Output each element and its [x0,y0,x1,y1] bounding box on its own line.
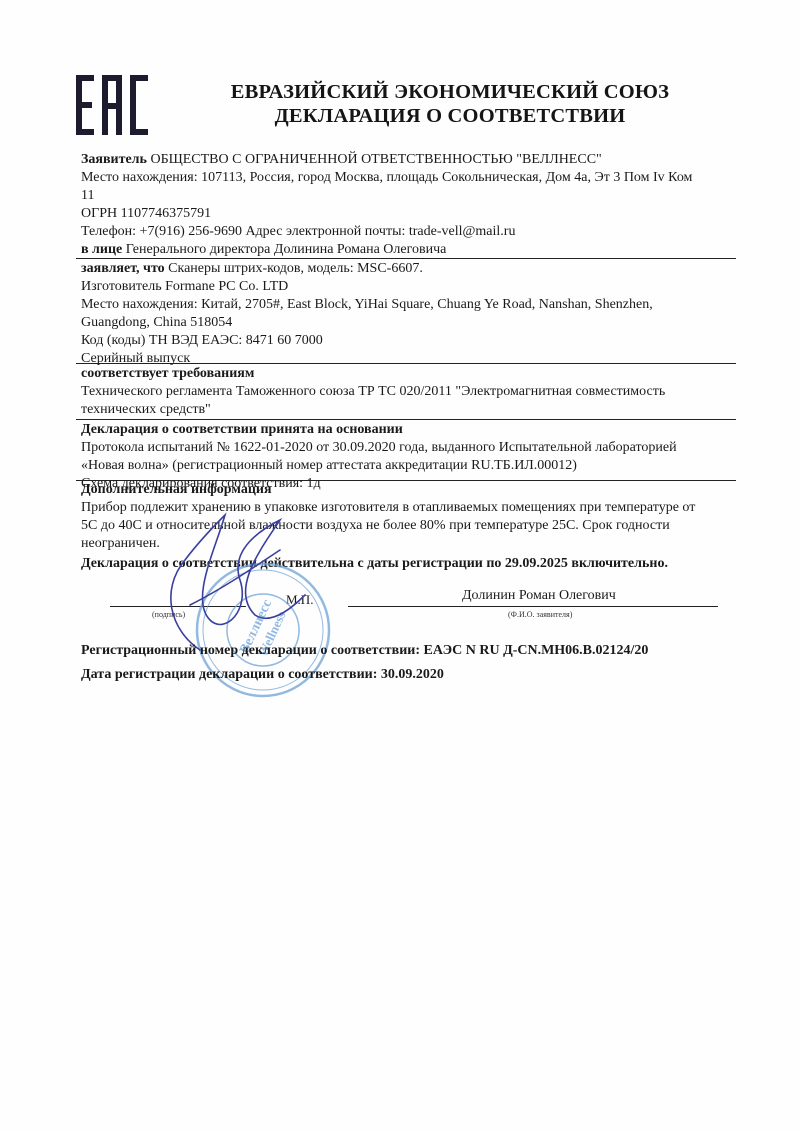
applicant-ogrn: ОГРН 1107746375791 [81,205,741,223]
basis-text: Протокола испытаний № 1622-01-2020 от 30… [81,439,741,457]
declares-label: заявляет, что [81,261,165,276]
applicant-label: Заявитель [81,152,147,167]
basis-text-cont: «Новая волна» (регистрационный номер атт… [81,457,741,475]
divider [76,419,736,420]
applicant-name: ОБЩЕСТВО С ОГРАНИЧЕННОЙ ОТВЕТСТВЕННОСТЬЮ… [147,152,602,167]
manufacturer-address-cont: Guangdong, China 518054 [81,314,741,332]
requirements-text: Технического регламента Таможенного союз… [81,383,741,401]
requirements-section: соответствует требованиям Технического р… [81,365,741,419]
document-title: ЕВРАЗИЙСКИЙ ЭКОНОМИЧЕСКИЙ СОЮЗ ДЕКЛАРАЦИ… [170,80,730,128]
requirements-text-cont: технических средств" [81,401,741,419]
divider [76,258,736,259]
divider [76,363,736,364]
signer-name: Долинин Роман Олегович [462,588,616,604]
title-union: ЕВРАЗИЙСКИЙ ЭКОНОМИЧЕСКИЙ СОЮЗ [170,80,730,104]
eac-logo-icon [76,75,148,135]
signer-caption: (Ф.И.О. заявителя) [508,610,572,619]
additional-heading: Дополнительная информация [81,481,741,499]
hs-code: Код (коды) ТН ВЭД ЕАЭС: 8471 60 7000 [81,332,741,350]
applicant-address-cont: 11 [81,187,741,205]
requirements-heading: соответствует требованиям [81,365,741,383]
applicant-address: Место нахождения: 107113, Россия, город … [81,169,741,187]
handwritten-signature-icon [130,510,320,660]
product-section: заявляет, что Сканеры штрих-кодов, модел… [81,260,741,368]
basis-heading: Декларация о соответствии принята на осн… [81,421,741,439]
declaration-page: ЕВРАЗИЙСКИЙ ЭКОНОМИЧЕСКИЙ СОЮЗ ДЕКЛАРАЦИ… [0,0,800,1131]
represented-by: Генерального директора Долинина Романа О… [122,242,446,257]
signer-line [348,606,718,607]
represented-label: в лице [81,242,122,257]
manufacturer: Изготовитель Formane PC Co. LTD [81,278,741,296]
manufacturer-address: Место нахождения: Китай, 2705#, East Blo… [81,296,741,314]
title-declaration: ДЕКЛАРАЦИЯ О СООТВЕТСТВИИ [170,104,730,128]
registration-number: Регистрационный номер декларации о соотв… [81,643,648,659]
registration-date: Дата регистрации декларации о соответств… [81,667,444,683]
applicant-section: Заявитель ОБЩЕСТВО С ОГРАНИЧЕННОЙ ОТВЕТС… [81,151,741,259]
product-description: Сканеры штрих-кодов, модель: MSC-6607. [165,261,423,276]
applicant-contacts: Телефон: +7(916) 256-9690 Адрес электрон… [81,223,741,241]
